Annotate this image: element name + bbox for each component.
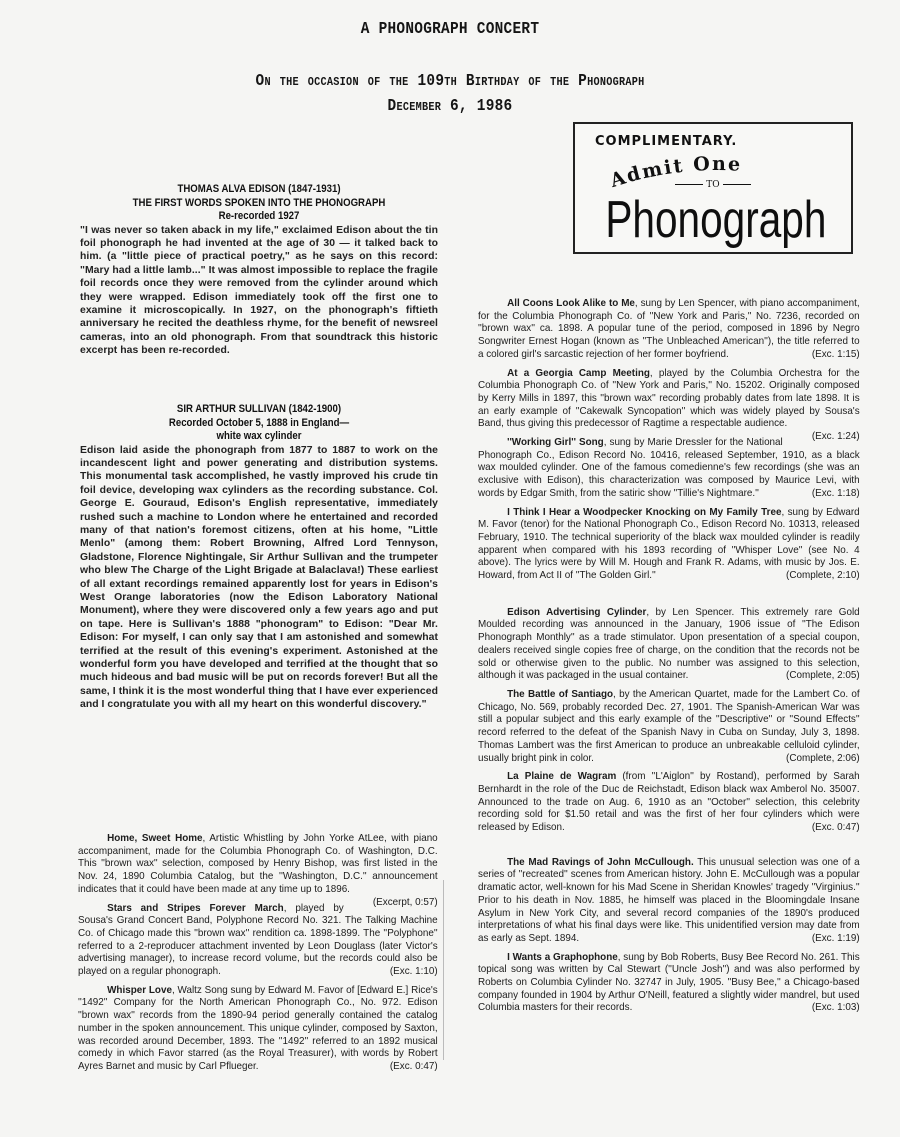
program-entry: At a Georgia Camp Meeting, played by the… xyxy=(478,368,860,432)
edison-heading-subtitle: THE FIRST WORDS SPOKEN INTO THE PHONOGRA… xyxy=(105,197,413,211)
program-entry: Edison Advertising Cylinder, by Len Spen… xyxy=(478,607,860,683)
column-divider xyxy=(443,880,444,1060)
entry-description: , played by Sousa's Grand Concert Band, … xyxy=(78,903,438,978)
left-program-list: Home, Sweet Home, Artistic Whistling by … xyxy=(78,833,438,1080)
entry-title: The Battle of Santiago xyxy=(507,689,613,700)
concert-date: December 6, 1986 xyxy=(68,97,833,116)
entry-duration: (Exc. 1:03) xyxy=(783,1002,860,1015)
entry-title: La Plaine de Wagram xyxy=(507,771,616,782)
ticket-to-text: TO xyxy=(706,180,719,190)
program-entry: Stars and Stripes Forever March, played … xyxy=(78,903,438,979)
sullivan-heading-medium: white wax cylinder xyxy=(105,430,413,444)
program-entry: I Think I Hear a Woodpecker Knocking on … xyxy=(478,507,860,583)
edison-heading-name: THOMAS ALVA EDISON (1847-1931) xyxy=(105,183,413,197)
sullivan-section: SIR ARTHUR SULLIVAN (1842-1900) Recorded… xyxy=(80,403,438,712)
entry-duration: (Exc. 1:15) xyxy=(783,349,860,362)
entry-description: , Waltz Song sung by Edward M. Favor of … xyxy=(78,985,438,1072)
ticket-phonograph-word: Phonograph xyxy=(605,190,820,250)
entry-description: This unusual selection was one of a seri… xyxy=(478,857,860,944)
program-entry: La Plaine de Wagram (from ''L'Aiglon'' b… xyxy=(478,771,860,835)
complimentary-ticket: COMPLIMENTARY. Admit One TO Phonograph xyxy=(573,122,853,254)
program-entry: I Wants a Graphophone, sung by Bob Rober… xyxy=(478,952,860,1016)
entry-description: , by Len Spencer. This extremely rare Go… xyxy=(478,607,860,682)
entry-duration: (Exc. 1:19) xyxy=(783,933,860,946)
entry-title: Whisper Love xyxy=(107,985,172,996)
edison-section: THOMAS ALVA EDISON (1847-1931) THE FIRST… xyxy=(80,183,438,358)
sullivan-heading-recorded: Recorded October 5, 1888 in England— xyxy=(105,417,413,431)
edison-heading-date: Re-recorded 1927 xyxy=(105,210,413,224)
entry-title: The Mad Ravings of John McCullough. xyxy=(507,857,694,868)
sullivan-heading-name: SIR ARTHUR SULLIVAN (1842-1900) xyxy=(105,403,413,417)
entry-title: Edison Advertising Cylinder xyxy=(507,607,646,618)
entry-title: ''Working Girl'' Song xyxy=(507,437,604,448)
edison-body: "I was never so taken aback in my life,"… xyxy=(80,224,438,358)
program-entry: The Battle of Santiago, by the American … xyxy=(478,689,860,765)
entry-title: Stars and Stripes Forever March xyxy=(107,903,284,914)
entry-duration: (Exc. 0:47) xyxy=(783,822,860,835)
entry-description: , by the American Quartet, made for the … xyxy=(478,689,860,764)
entry-description: , sung by Edward M. Favor (tenor) for th… xyxy=(478,507,860,582)
entry-duration: (Exc. 1:18) xyxy=(783,488,860,501)
ticket-to-ornament: TO xyxy=(575,180,851,190)
entry-duration: (Exc. 0:47) xyxy=(361,1061,438,1074)
entry-duration: (Complete, 2:06) xyxy=(757,753,860,766)
program-entry: All Coons Look Alike to Me, sung by Len … xyxy=(478,298,860,362)
entry-title: Home, Sweet Home xyxy=(107,833,202,844)
program-title: A PHONOGRAPH CONCERT xyxy=(68,20,833,39)
program-entry: The Mad Ravings of John McCullough. This… xyxy=(478,857,860,946)
entry-duration: (Exc. 1:10) xyxy=(361,966,438,979)
entry-title: At a Georgia Camp Meeting xyxy=(507,368,650,379)
sullivan-body: Edison laid aside the phonograph from 18… xyxy=(80,444,438,712)
occasion-line: On the occasion of the 109th Birthday of… xyxy=(68,72,833,91)
entry-duration: (Complete, 2:05) xyxy=(757,670,860,683)
entry-duration: (Complete, 2:10) xyxy=(757,570,860,583)
entry-title: I Wants a Graphophone xyxy=(507,952,618,963)
entry-title: All Coons Look Alike to Me xyxy=(507,298,635,309)
program-entry: ''Working Girl'' Song, sung by Marie Dre… xyxy=(478,437,860,501)
entry-title: I Think I Hear a Woodpecker Knocking on … xyxy=(507,507,781,518)
program-entry: Whisper Love, Waltz Song sung by Edward … xyxy=(78,985,438,1074)
right-program-list: All Coons Look Alike to Me, sung by Len … xyxy=(478,298,860,1021)
program-entry: Home, Sweet Home, Artistic Whistling by … xyxy=(78,833,438,897)
